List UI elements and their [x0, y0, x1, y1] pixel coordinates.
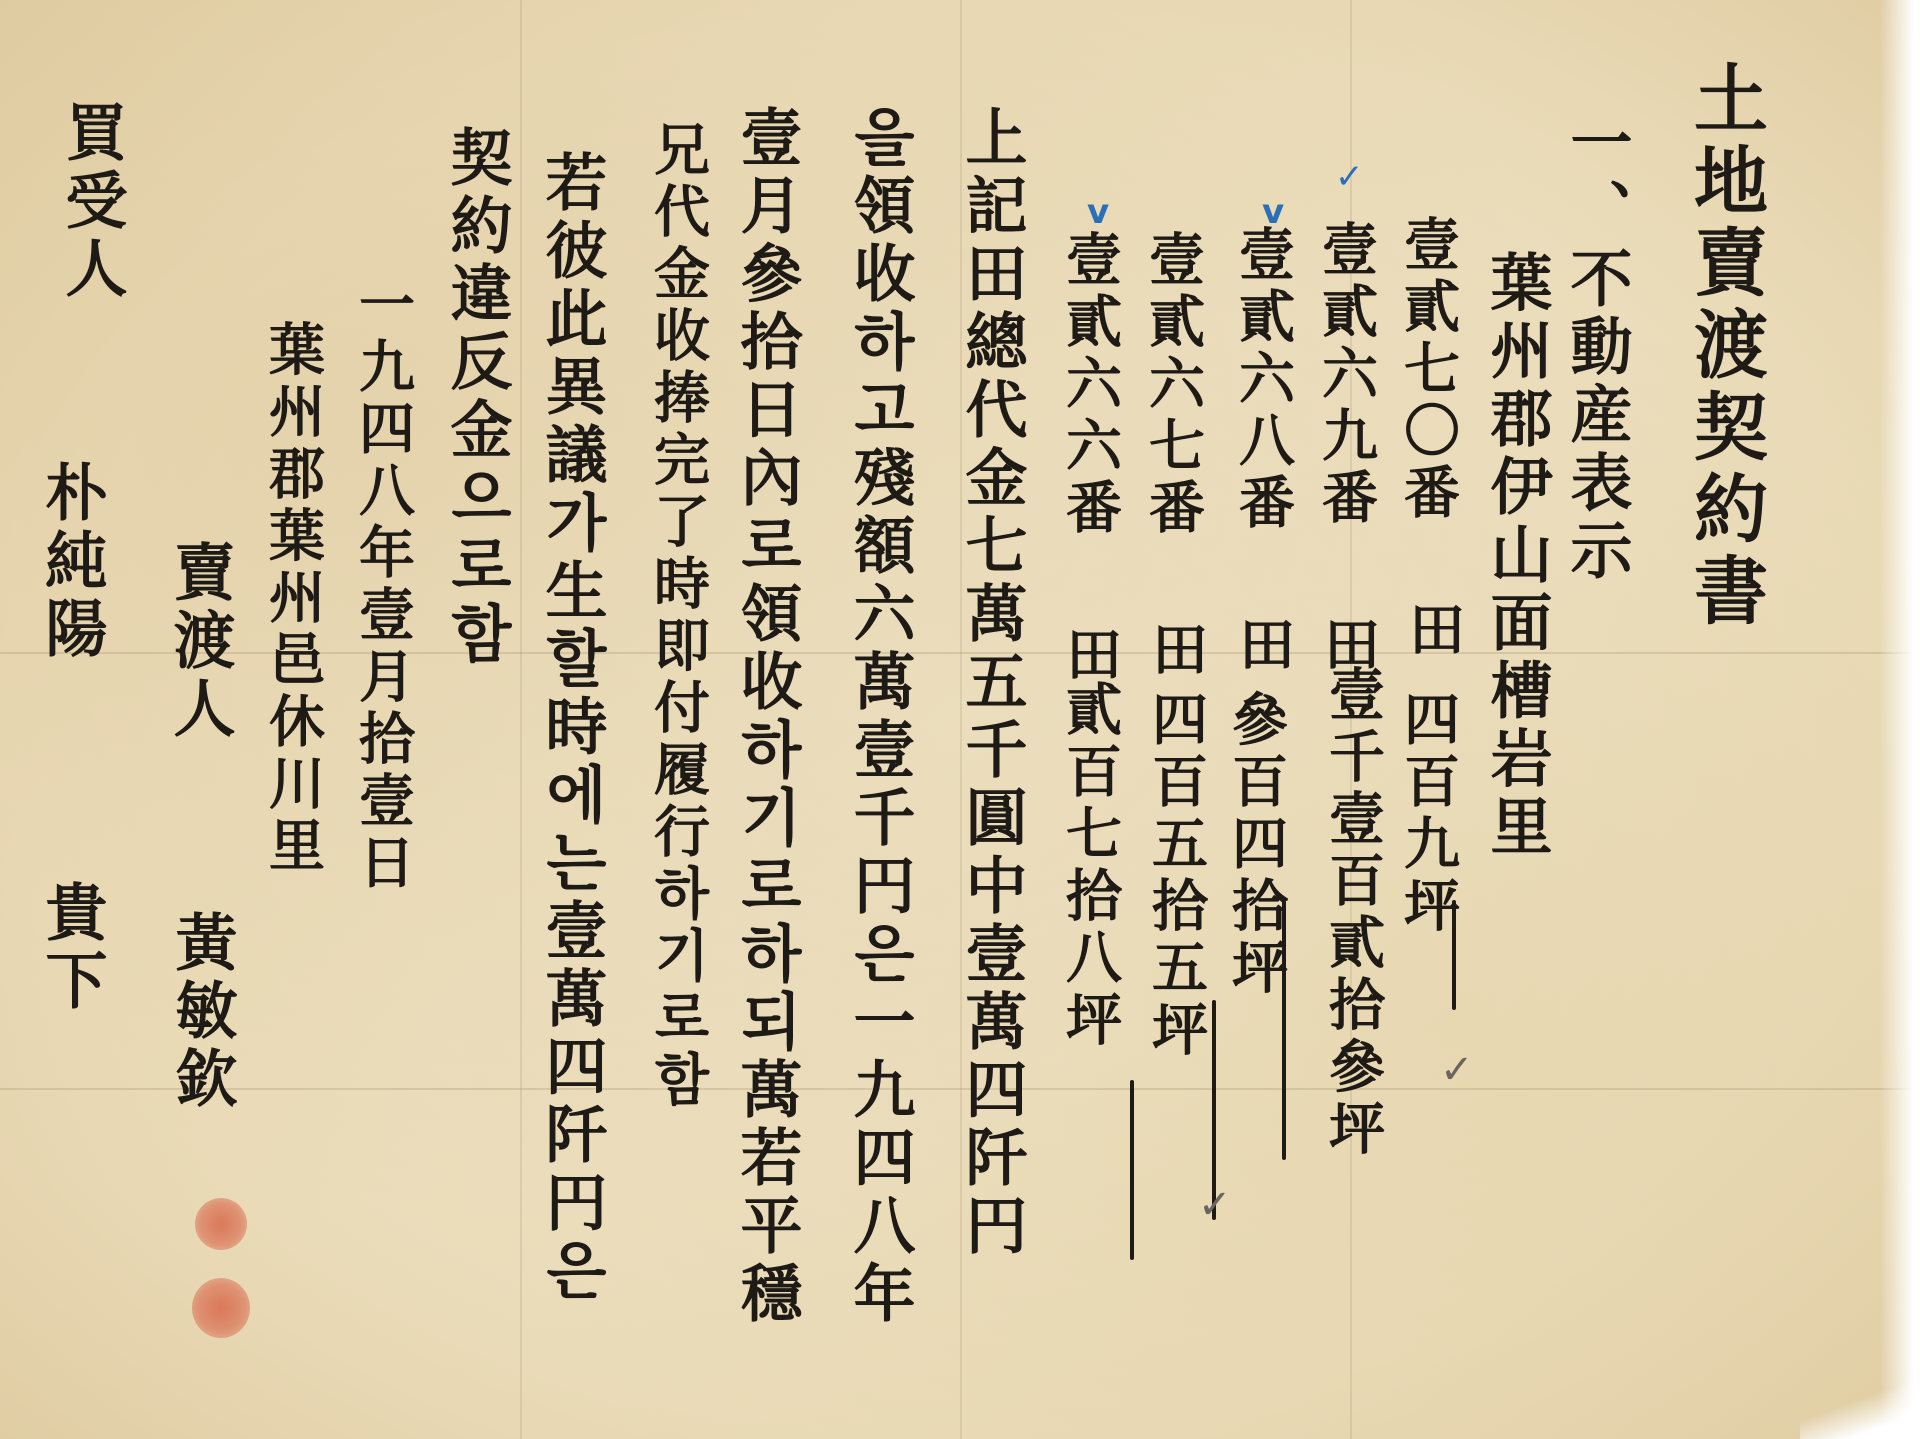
- parcel-type: 田: [1235, 615, 1291, 677]
- body-column: 兄代金收捧完了時即付履行하기로함: [650, 120, 706, 1112]
- parcel-area: 壹千壹百貳拾參坪: [1325, 665, 1381, 1161]
- document-title: 土地賣渡契約書: [1688, 60, 1762, 634]
- buyer-honorific: 貴下: [40, 880, 102, 1016]
- seller-address: 葉州郡葉州邑休川里: [265, 320, 321, 878]
- document-paper: 土地賣渡契約書 一、不動産表示 葉州郡伊山面槽岩里 壹貳七〇番 壹貳六九番 壹貳…: [0, 0, 1920, 1439]
- parcel-lot: 壹貳六八番: [1235, 225, 1291, 535]
- continuation-stroke: [1282, 900, 1286, 1160]
- seal-stamp-icon: [192, 1278, 250, 1338]
- parcel-type: 田: [1148, 620, 1204, 682]
- gray-check-icon: ✓: [1198, 1185, 1232, 1225]
- buyer-label: 買受人: [60, 100, 122, 304]
- parcel-lot: 壹貳七〇番: [1400, 215, 1456, 525]
- torn-edge: [1800, 1379, 1920, 1439]
- contract-date: 一九四八年壹月拾壹日: [355, 275, 411, 895]
- parcel-area: 四百五拾五坪: [1148, 690, 1204, 1062]
- torn-edge: [1880, 0, 1920, 1439]
- continuation-stroke: [1452, 900, 1456, 1010]
- seal-stamp-icon: [195, 1198, 247, 1250]
- parcel-area: 貳百七拾八坪: [1062, 680, 1118, 1052]
- parcel-lot: 壹貳六六番: [1062, 230, 1118, 540]
- fold-line: [520, 0, 522, 1439]
- seller-label: 賣渡人: [168, 540, 230, 744]
- section-heading: 一、不動産表示: [1565, 110, 1627, 586]
- property-location: 葉州郡伊山面槽岩里: [1485, 250, 1547, 862]
- parcel-area: 參百四拾坪: [1228, 690, 1284, 1000]
- blue-check-icon: ✓: [1335, 160, 1364, 194]
- parcel-lot: 壹貳六九番: [1318, 220, 1374, 530]
- parcel-type: 田: [1405, 600, 1461, 662]
- parcel-lot: 壹貳六七番: [1145, 230, 1201, 540]
- blue-check-icon: v: [1087, 195, 1109, 229]
- continuation-stroke: [1130, 1080, 1134, 1260]
- parcel-type: 田: [1062, 625, 1118, 687]
- body-column: 壹月參拾日內로領收하기로하되萬若平穩: [735, 105, 797, 1329]
- body-column: 契約違反金으로함: [445, 125, 507, 669]
- blue-check-icon: v: [1262, 195, 1284, 229]
- body-column: 若彼此異議가生할時에는壹萬四阡円은: [540, 150, 602, 1306]
- body-column: 을領收하고殘額六萬壹千円은一九四八年: [848, 105, 910, 1329]
- gray-check-icon: ✓: [1440, 1050, 1474, 1090]
- seller-name: 黃敏欽: [170, 910, 232, 1114]
- body-column: 上記田總代金七萬五千圓中壹萬四阡円: [960, 105, 1022, 1261]
- buyer-name: 朴純陽: [40, 460, 102, 664]
- parcel-area: 四百九坪: [1400, 690, 1456, 938]
